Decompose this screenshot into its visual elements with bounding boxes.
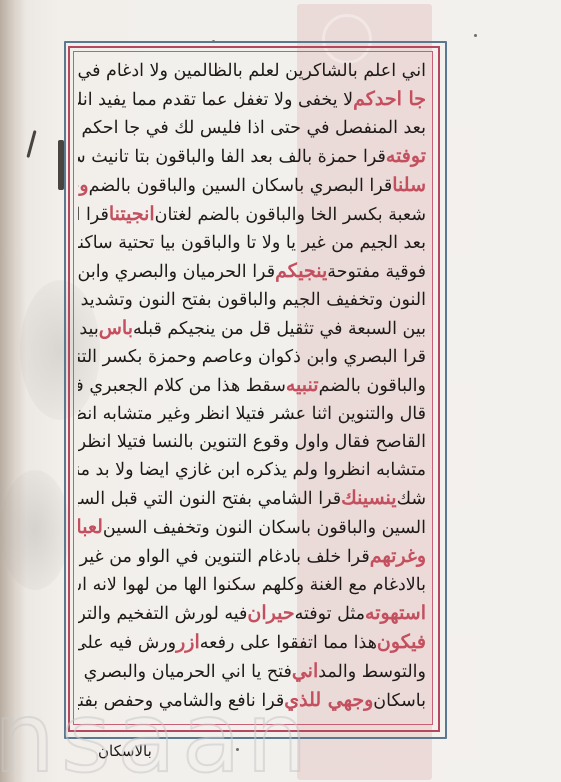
text-line: بعد المنفصل في حتى اذا فليس لك في جا احك… <box>78 115 426 141</box>
text-line: بعد الجيم من غير يا ولا تا والباقون بيا … <box>78 230 426 256</box>
text-line: اني اعلم بالشاكرين لعلم بالظالمين ولا اد… <box>78 58 426 84</box>
paper-speck <box>236 748 239 751</box>
paper-stain <box>0 470 70 590</box>
rubric-word: فيكون <box>377 629 426 655</box>
line-text: بيدله السوسي <box>78 316 99 342</box>
line-text: اني اعلم بالشاكرين لعلم بالظالمين ولا اد… <box>78 58 426 84</box>
text-line: جا احدكم لا يخفى ولا تغفل عما تقدم مما ي… <box>78 86 426 113</box>
line-text: بالادغام مع الغنة وكلهم سكنوا الها من له… <box>78 572 426 598</box>
text-line: استهوته مثل توفته حيران فيه لورش التفخيم… <box>78 600 426 627</box>
text-line: القاصح فقال واول وقوع التنوين بالنسا فتي… <box>78 429 426 455</box>
rubric-word: توفته <box>386 143 426 169</box>
text-line: السين والباقون باسكان النون وتخفيف السين… <box>78 514 426 541</box>
line-text: شعبة بكسر الخا والباقون بالضم لغتان <box>155 202 426 228</box>
line-text: ورش فيه على اصله من القصر <box>78 630 176 656</box>
rubric-word: وغرتهم <box>370 543 426 569</box>
line-text: قرا خلف بادغام التنوين في الواو من غير غ… <box>78 544 370 570</box>
text-line: باسكان وجهي للذي قرا نافع والشامي وحفص ب… <box>78 687 426 714</box>
line-text: متشابه انظروا ولم يذكره ابن غازي ايضا ول… <box>78 457 426 483</box>
line-text: بعد المنفصل في حتى اذا فليس لك في جا احك… <box>78 115 426 141</box>
text-line: بين السبعة في تثقيل قل من ينجيكم قبله با… <box>78 315 426 342</box>
line-text: شك <box>397 486 426 512</box>
rubric-word: تنبيه <box>286 372 319 398</box>
line-text: قرا نافع والشامي وحفص بفتح اليا والباقون <box>78 688 284 714</box>
text-line: شك ينسينك قرا الشامي بفتح النون التي قبل… <box>78 485 426 512</box>
rubric-word: باس <box>99 315 133 341</box>
manuscript-page: اني اعلم بالشاكرين لعلم بالظالمين ولا اد… <box>0 0 561 782</box>
text-line: قال والتنوين اثنا عشر فتيلا انظر وغير مت… <box>78 401 426 427</box>
line-text: مثل توفته <box>295 601 365 627</box>
line-text: القاصح فقال واول وقوع التنوين بالنسا فتي… <box>78 429 426 455</box>
line-text: سقط هذا من كلام الجعبري فانه <box>78 373 286 399</box>
line-text: قرا البصري وابن ذكوان وعاصم وحمزة بكسر ا… <box>78 344 426 370</box>
line-text: قرا حمزة بالف بعد الفا والباقون بتا تاني… <box>78 144 386 170</box>
text-line: والتوسط والمد اني فتح يا اني الحرميان وا… <box>78 658 426 685</box>
text-line: وغرتهم قرا خلف بادغام التنوين في الواو م… <box>78 543 426 570</box>
line-text: لا يخفى ولا تغفل عما تقدم مما يفيد انك ا… <box>78 87 353 113</box>
margin-ink-mark <box>26 130 36 158</box>
paper-speck <box>474 34 477 37</box>
binding-gutter <box>0 0 26 782</box>
rubric-word: لعبا ولهوا <box>78 514 103 540</box>
text-line: النون وتخفيف الجيم والباقون بفتح النون و… <box>78 287 426 313</box>
rubric-word: ازر <box>176 629 200 655</box>
line-text: قرا البصري باسكان السين والباقون بالضم <box>89 173 393 199</box>
text-line: والباقون بالضم تنبيه سقط هذا من كلام الج… <box>78 372 426 399</box>
line-text: بعد الجيم من غير يا ولا تا والباقون بيا … <box>78 230 426 256</box>
line-text: والباقون بالضم <box>319 373 426 399</box>
line-text: النون وتخفيف الجيم والباقون بفتح النون و… <box>78 287 426 313</box>
text-line: فوقية مفتوحة ينجيكم قرا الحرميان والبصري… <box>78 258 426 285</box>
rubric-word: انجيتنا <box>109 201 155 227</box>
text-line: بالادغام مع الغنة وكلهم سكنوا الها من له… <box>78 572 426 598</box>
line-text: قرا الشامي بفتح النون التي قبل السين وتش… <box>78 486 341 512</box>
catchword: بالاسكان <box>98 742 152 760</box>
text-line: متشابه انظروا ولم يذكره ابن غازي ايضا ول… <box>78 457 426 483</box>
line-text: هذا مما اتفقوا على رفعه <box>200 630 377 656</box>
rubric-word: اني <box>292 658 318 684</box>
text-line: شعبة بكسر الخا والباقون بالضم لغتان انجي… <box>78 201 426 228</box>
text-line: سلنا قرا البصري باسكان السين والباقون با… <box>78 172 426 199</box>
rubric-word: وخفية <box>78 172 89 198</box>
rubric-word: حيران <box>247 600 294 626</box>
text-line: توفته قرا حمزة بالف بعد الفا والباقون بت… <box>78 143 426 170</box>
line-text: فيه لورش التفخيم والترقيق <box>78 601 247 627</box>
rubric-word: جا احدكم <box>353 86 426 112</box>
rubric-word: استهوته <box>365 600 426 626</box>
line-text: قرا الكوفيون بالف <box>78 202 109 228</box>
line-text: باسكان <box>373 688 426 714</box>
text-line: فيكون هذا مما اتفقوا على رفعه ازر ورش في… <box>78 629 426 656</box>
rubric-word: ينسينك <box>341 485 396 511</box>
manuscript-text-block: اني اعلم بالشاكرين لعلم بالظالمين ولا اد… <box>76 56 428 720</box>
line-text: فتح يا اني الحرميان والبصري والباقون <box>78 659 292 685</box>
rubric-word: سلنا <box>392 172 426 198</box>
rubric-word: وجهي للذي <box>284 687 373 713</box>
line-text: بين السبعة في تثقيل قل من ينجيكم قبله <box>133 316 426 342</box>
line-text: السين والباقون باسكان النون وتخفيف السين <box>103 515 426 541</box>
line-text: والتوسط والمد <box>318 659 426 685</box>
text-line: قرا البصري وابن ذكوان وعاصم وحمزة بكسر ا… <box>78 344 426 370</box>
line-text: قرا الحرميان والبصري وابن ذكوان باسكان <box>78 259 275 285</box>
rubric-word: ينجيكم <box>275 258 327 284</box>
line-text: قال والتنوين اثنا عشر فتيلا انظر وغير مت… <box>78 401 426 427</box>
line-text: فوقية مفتوحة <box>327 259 426 285</box>
